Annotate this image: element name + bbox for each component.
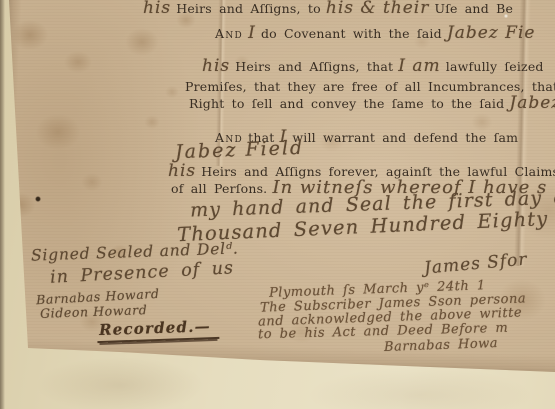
handwritten-text: I am (398, 56, 440, 76)
printed-text: will warrant and defend the ſam (292, 130, 518, 145)
document-left-edge-shadow (0, 0, 22, 364)
printed-text: Heirs and Aſſigns, to (176, 1, 321, 16)
line-right-to-sell: Right to ſell and convey the ſame to the… (189, 93, 555, 113)
line-jabez-field-name: Jabez Field (175, 137, 305, 163)
line-covenant-clause: And I do Covenant with the ſaid Jabez Fi… (215, 23, 535, 43)
printed-text: Uſe and Be (434, 1, 513, 16)
handwritten-text: I (248, 23, 256, 43)
printed-text: Right to ſell and convey the ſame to the… (189, 96, 504, 111)
printed-text: lawfully ſeized (446, 59, 544, 74)
line-heirs-assigns-use: his Heirs and Aſſigns, to his & their Uſ… (143, 0, 513, 18)
photo-frame-backing-mat: his Heirs and Aſſigns, to his & their Uſ… (0, 0, 555, 409)
recorded-notation: Recorded.— (97, 317, 219, 339)
line-lawfully-seized: his Heirs and Aſſigns, that I am lawfull… (202, 56, 544, 76)
printed-text: do Covenant with the ſaid (261, 26, 442, 41)
handwritten-text: Recorded.— (97, 317, 219, 343)
deed-paper: his Heirs and Aſſigns, to his & their Uſ… (0, 0, 555, 409)
handwritten-grantee-name: Jabez Field (175, 137, 305, 163)
handwritten-text: his & their (326, 0, 429, 18)
printed-text: Heirs and Aſſigns, that (235, 59, 393, 74)
handwritten-grantee-name: Jabez Fie (447, 23, 536, 43)
handwritten-grantee-name: Jabez (509, 93, 555, 113)
printed-text: Premiſes, that they are free of all Incu… (185, 79, 555, 94)
printed-text: And (215, 26, 243, 41)
printed-text: of all Perſons. (171, 181, 267, 196)
handwritten-text: his (202, 56, 230, 76)
handwritten-text: his (143, 0, 171, 18)
